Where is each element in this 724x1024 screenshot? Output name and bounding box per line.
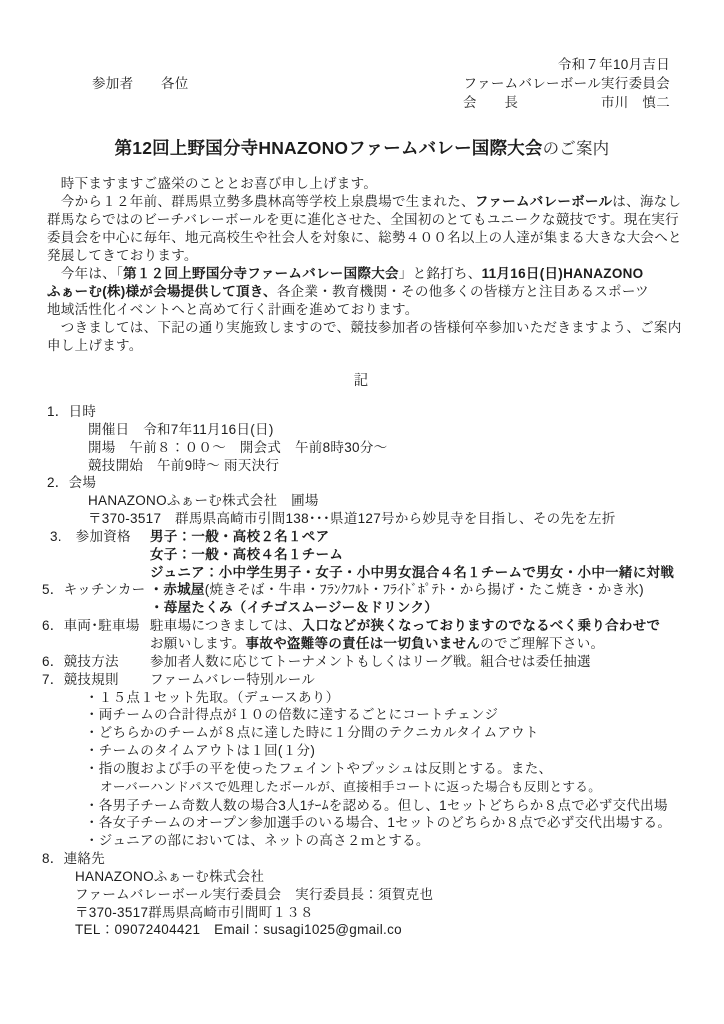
text-line: ジュニア：小中学生男子・女子・小中男女混合４名１チームで男女・小中一緒に対戦 — [0, 564, 724, 582]
text-segment: 発展してきております。 — [47, 248, 198, 263]
text-line: ・チームのタイムアウトは１回(１分) — [0, 742, 724, 760]
text-line: 3. 参加資格男子：一般・高校２名１ペア — [0, 528, 724, 546]
text-segment: 地域活性化イベントへと高めて行く計画を進めております。 — [47, 302, 419, 317]
text-line: HANAZONOふぁーむ株式会社 圃場 — [0, 492, 724, 510]
text-line: 1．日時 — [0, 403, 724, 421]
text-segment: 2．会場 — [47, 475, 96, 490]
text-segment: ・ジュニアの部においては、ネットの高さ２ｍとする。 — [85, 833, 430, 848]
text-segment: TEL：09072404421 Email：susagi1025@gmail.c… — [75, 922, 402, 937]
text-segment: 入口などが狭くなっておりますのでなるべく乗り合わせで — [302, 618, 661, 633]
text-line: ・両チームの合計得点が１０の倍数に達するごとにコートチェンジ — [0, 706, 724, 724]
text-segment: ・各女子チームのオープン参加選手のいる場合、1セットのどちらか８点で必ず交代出場… — [85, 815, 671, 830]
item-label: 3. 参加資格 — [50, 528, 150, 546]
text-segment: 11月16日(日)HANAZONO — [482, 266, 644, 281]
text-line: ふぁーむ(株)様が会場提供して頂き、各企業・教育機関・その他多くの皆様方と注目あ… — [0, 283, 724, 301]
text-segment: 時下ますますご盛栄のこととお喜び申し上げます。 — [47, 176, 377, 191]
text-segment: 〒370-3517 群馬県高崎市引間138･･･県道127号から妙見寺を目指し、… — [88, 511, 616, 526]
text-line: お願いします。事故や盗難等の責任は一切負いませんのでご理解下さい。 — [0, 635, 724, 653]
text-line: 女子：一般・高校４名１チーム — [0, 546, 724, 564]
text-line: 開場 午前８：００～ 開会式 午前8時30分～ — [0, 439, 724, 457]
text-line: つきましては、下記の通り実施致しますので、競技参加者の皆様何卒参加いただきますよ… — [0, 319, 724, 337]
document-title: 第12回上野国分寺HNAZONOファームバレー国際大会のご案内 — [0, 137, 724, 160]
text-segment: オーバーハンドパスで処理したボールが、直接相手コートに返った場合も反則とする。 — [100, 780, 601, 794]
text-line: 委員会を中心に毎年、地元高校生や社会人を対象に、総勢４００名以上の人達が集まる大… — [0, 229, 724, 247]
text-segment: 1．日時 — [47, 404, 96, 419]
text-segment: ・赤城屋 — [150, 582, 205, 597]
text-line: ・どちらかのチームが８点に達した時に１分間のテクニカルタイムアウト — [0, 724, 724, 742]
text-line: 競技開始 午前9時～ 雨天決行 — [0, 457, 724, 475]
text-segment: HANAZONOふぁーむ株式会社 圃場 — [88, 493, 319, 508]
text-line: ファームバレーボール実行委員会 実行委員長：須賀克也 — [0, 886, 724, 904]
text-line: 今年は、「第１２回上野国分寺ファームバレー国際大会」と銘打ち、11月16日(日)… — [0, 265, 724, 283]
text-segment: 群馬ならではのビーチバレーボールを更に進化させた、全国初のとてもユニークな競技で… — [47, 212, 679, 227]
issue-date: 令和７年10月吉日 — [92, 55, 670, 74]
text-line: TEL：09072404421 Email：susagi1025@gmail.c… — [0, 921, 724, 939]
text-segment: 5．キッチンカー — [42, 582, 150, 597]
text-line: オーバーハンドパスで処理したボールが、直接相手コートに返った場合も反則とする。 — [0, 778, 724, 797]
title-main: 第12回上野国分寺HNAZONOファームバレー国際大会 — [115, 138, 543, 158]
text-segment: ・１５点１セット先取。（デュースあり） — [85, 690, 339, 705]
text-segment: 参加者人数に応じてトーナメントもしくはリーグ戦。組合せは委任抽選 — [150, 654, 591, 669]
address-row: 参加者 各位 ファームバレーボール実行委員会 — [92, 74, 670, 93]
text-line: 今から１２年前、群馬県立勢多農林高等学校上泉農場で生まれた、ファームバレーボール… — [0, 193, 724, 211]
text-segment: ファームバレーボール — [475, 194, 612, 209]
chairman-line: 会 長 市川 慎二 — [92, 93, 670, 112]
text-segment: つきましては、下記の通り実施致しますので、競技参加者の皆様何卒参加いただきますよ… — [47, 320, 682, 335]
text-line: ・指の腹および手の平を使ったフェイントやプッシュは反則とする。また、 — [0, 760, 724, 778]
text-segment: 各企業・教育機関・その他多くの皆様方と注目あるスポーツ — [277, 284, 649, 299]
text-line: 5．キッチンカー ・赤城屋(焼きそば・牛串・ﾌﾗﾝｸﾌﾙﾄ・ﾌﾗｲﾄﾞﾎﾟﾃﾄ・… — [0, 581, 724, 599]
text-line: 6．競技方法参加者人数に応じてトーナメントもしくはリーグ戦。組合せは委任抽選 — [0, 653, 724, 671]
text-segment: 申し上げます。 — [47, 338, 143, 353]
text-line: 〒370-3517群馬県高崎市引間町１３８ — [0, 904, 724, 922]
text-line: 地域活性化イベントへと高めて行く計画を進めております。 — [0, 301, 724, 319]
item-label: 6．競技方法 — [42, 653, 150, 671]
text-line: ・１５点１セット先取。（デュースあり） — [0, 689, 724, 707]
text-line: ・各女子チームのオープン参加選手のいる場合、1セットのどちらか８点で必ず交代出場… — [0, 814, 724, 832]
document-page: 令和７年10月吉日 参加者 各位 ファームバレーボール実行委員会 会 長 市川 … — [0, 0, 724, 1024]
text-segment: 第１２回上野国分寺ファームバレー国際大会 — [123, 266, 399, 281]
text-segment: ジュニア：小中学生男子・女子・小中男女混合４名１チームで男女・小中一緒に対戦 — [150, 565, 674, 580]
text-segment: ・どちらかのチームが８点に達した時に１分間のテクニカルタイムアウト — [85, 725, 539, 740]
text-segment: ・苺屋たくみ（イチゴスムージー＆ドリンク） — [150, 600, 438, 615]
text-line: 7．競技規則ファームバレー特別ルール — [0, 671, 724, 689]
item-label: 7．競技規則 — [42, 671, 150, 689]
text-line: ・各男子チーム奇数人数の場合3人1ﾁｰﾑを認める。但し、1セットどちらか８点で必… — [0, 797, 724, 815]
text-segment: ファームバレーボール実行委員会 実行委員長：須賀克也 — [75, 887, 433, 902]
item-label: 6．車両･駐車場 — [42, 617, 150, 635]
document-header: 令和７年10月吉日 参加者 各位 ファームバレーボール実行委員会 会 長 市川 … — [0, 0, 724, 112]
text-line: 〒370-3517 群馬県高崎市引間138･･･県道127号から妙見寺を目指し、… — [0, 510, 724, 528]
text-segment: 事故や盗難等の責任は一切負いません — [246, 636, 481, 651]
text-segment: ふぁーむ(株)様が会場提供して頂き、 — [47, 284, 277, 299]
text-line: 8．連絡先 — [0, 850, 724, 868]
text-line: 開催日 令和7年11月16日(日) — [0, 421, 724, 439]
record-mark: 記 — [0, 369, 724, 390]
recipient: 参加者 各位 — [92, 74, 189, 93]
text-segment: 女子：一般・高校４名１チーム — [150, 547, 343, 562]
text-segment: 」と銘打ち、 — [399, 266, 482, 281]
text-segment: ・指の腹および手の平を使ったフェイントやプッシュは反則とする。また、 — [85, 761, 552, 776]
text-segment: ・両チームの合計得点が１０の倍数に達するごとにコートチェンジ — [85, 707, 498, 722]
text-line: ・苺屋たくみ（イチゴスムージー＆ドリンク） — [0, 599, 724, 617]
text-line: HANAZONOふぁーむ株式会社 — [0, 868, 724, 886]
text-segment: お願いします。 — [150, 636, 246, 651]
text-segment: 8．連絡先 — [42, 851, 105, 866]
details-list: 1．日時開催日 令和7年11月16日(日)開場 午前８：００～ 開会式 午前8時… — [0, 403, 724, 939]
title-suffix: のご案内 — [543, 140, 610, 158]
text-segment: 今から１２年前、群馬県立勢多農林高等学校上泉農場で生まれた、 — [47, 194, 475, 209]
text-line: 6．車両･駐車場駐車場につきましては、入口などが狭くなっておりますのでなるべく乗… — [0, 617, 724, 635]
text-segment: ・各男子チーム奇数人数の場合3人1ﾁｰﾑを認める。但し、1セットどちらか８点で必… — [85, 798, 668, 813]
text-segment: 〒370-3517群馬県高崎市引間町１３８ — [75, 905, 314, 920]
text-segment: のでご理解下さい。 — [480, 636, 604, 651]
text-line: ・ジュニアの部においては、ネットの高さ２ｍとする。 — [0, 832, 724, 850]
text-segment: 今年は、「 — [47, 266, 123, 281]
text-segment: 開催日 令和7年11月16日(日) — [88, 422, 274, 437]
text-segment: ファームバレー特別ルール — [150, 672, 315, 687]
committee-name: ファームバレーボール実行委員会 — [464, 74, 670, 93]
text-segment: 開場 午前８：００～ 開会式 午前8時30分～ — [88, 440, 387, 455]
text-line: 申し上げます。 — [0, 337, 724, 355]
text-segment: 競技開始 午前9時～ 雨天決行 — [88, 458, 279, 473]
text-segment: は、海なし — [612, 194, 681, 209]
text-segment: ・チームのタイムアウトは１回(１分) — [85, 743, 315, 758]
text-line: 2．会場 — [0, 474, 724, 492]
text-segment: 委員会を中心に毎年、地元高校生や社会人を対象に、総勢４００名以上の人達が集まる大… — [47, 230, 682, 245]
text-segment: HANAZONOふぁーむ株式会社 — [75, 869, 264, 884]
text-line: 時下ますますご盛栄のこととお喜び申し上げます。 — [0, 175, 724, 193]
text-segment: 男子：一般・高校２名１ペア — [150, 529, 329, 544]
text-line: 発展してきております。 — [0, 247, 724, 265]
text-segment: 駐車場につきましては、 — [150, 618, 302, 633]
intro-paragraphs: 時下ますますご盛栄のこととお喜び申し上げます。 今から１２年前、群馬県立勢多農林… — [0, 175, 724, 355]
text-segment: (焼きそば・牛串・ﾌﾗﾝｸﾌﾙﾄ・ﾌﾗｲﾄﾞﾎﾟﾃﾄ・から揚げ・たこ焼き・かき氷… — [205, 582, 644, 597]
text-line: 群馬ならではのビーチバレーボールを更に進化させた、全国初のとてもユニークな競技で… — [0, 211, 724, 229]
